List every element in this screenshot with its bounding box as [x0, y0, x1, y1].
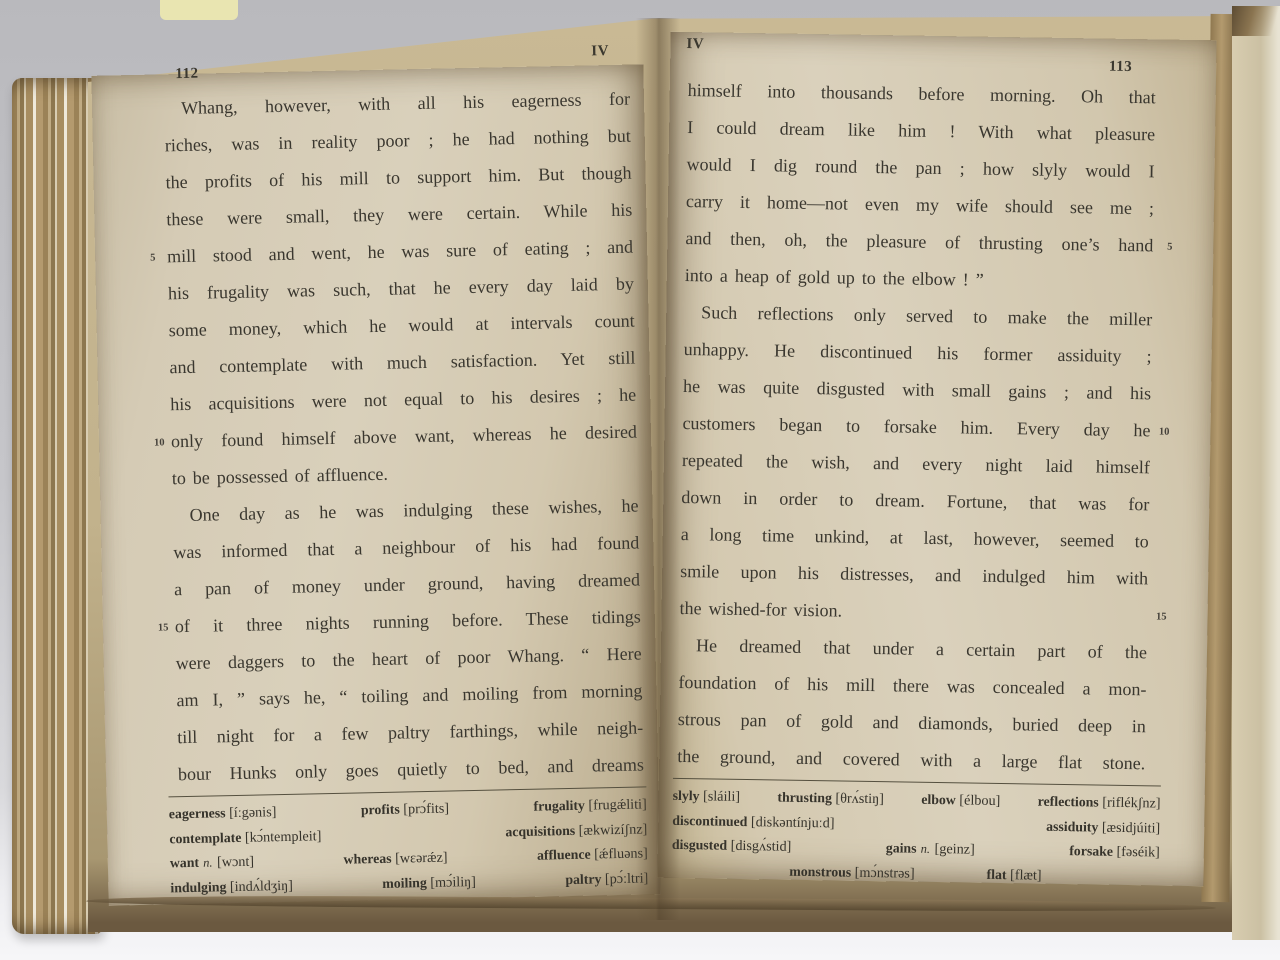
- margin-line-number: 15: [158, 609, 169, 646]
- vocab-phonetic: [sláili]: [699, 788, 740, 805]
- vocab-phonetic: [pɔ́ːltri]: [601, 870, 648, 887]
- vocab-phonetic: [disgʌ́stid]: [727, 838, 791, 855]
- page-number: 112: [175, 66, 199, 83]
- vocab-word: profits: [361, 802, 400, 818]
- vocab-phonetic: [θrʌ́stiŋ]: [832, 790, 884, 807]
- book-cover-right: [1232, 6, 1280, 940]
- vocab-entry: reflections [riflékʃnz]: [1038, 790, 1161, 816]
- vocab-word: assiduity: [1046, 818, 1098, 834]
- vocab-phonetic: [mɔ́nstrəs]: [851, 864, 915, 881]
- vocab-phonetic: [diskəntínjuːd]: [747, 814, 834, 831]
- vocab-word: forsake: [1069, 843, 1113, 859]
- vocab-entry: frugality [frugǽliti]: [533, 792, 647, 819]
- page-113: IV 113 himself into thousands before mor…: [657, 32, 1216, 886]
- vocab-word: reflections: [1038, 794, 1099, 810]
- vocab-word: gains: [886, 840, 917, 855]
- vocab-entry: profits [prɔ́fits]: [361, 797, 450, 823]
- vocab-entry: elbow [élbou]: [921, 788, 1000, 814]
- vocab-word: slyly: [673, 788, 700, 803]
- vocab-phonetic: [geinz]: [931, 841, 975, 858]
- margin-line-number: 10: [1159, 413, 1170, 450]
- vocab-entry: thrusting [θrʌ́stiŋ]: [777, 786, 884, 812]
- margin-line-number: 5: [1167, 229, 1173, 266]
- vocab-entry: contemplate [kɔ́ntempleit]: [169, 824, 321, 852]
- vocab-entry: paltry [pɔ́ːltri]: [565, 866, 648, 892]
- vocab-word: acquisitions: [505, 822, 575, 838]
- vocab-entry: flat [flæt]: [986, 862, 1041, 887]
- vocab-phonetic: [wɛərǽz]: [391, 850, 447, 867]
- vocab-phonetic: [frugǽliti]: [585, 796, 647, 813]
- vocab-pos: n.: [199, 855, 214, 869]
- vocab-phonetic: [íːgənis]: [225, 804, 276, 821]
- vocab-word: thrusting: [777, 790, 832, 806]
- vocab-entry: slyly [sláili]: [672, 784, 740, 810]
- vocab-word: frugality: [533, 798, 585, 814]
- vocab-word: paltry: [565, 871, 601, 887]
- vocab-phonetic: [fəséik]: [1113, 844, 1160, 861]
- vocab-phonetic: [ækwizíʃnz]: [575, 821, 647, 839]
- vocab-phonetic: [indʌ́ldʒiŋ]: [226, 877, 293, 894]
- page-112: 112 IV Whang, however, with all his eage…: [91, 64, 660, 905]
- vocabulary-footnotes: slyly [sláili]thrusting [θrʌ́stiŋ]elbow …: [671, 778, 1161, 890]
- vocab-entry: forsake [fəséik]: [1069, 839, 1160, 865]
- vocab-phonetic: [prɔ́fits]: [400, 801, 450, 818]
- vocab-word: disgusted: [672, 837, 727, 853]
- vocab-word: moiling: [382, 875, 427, 891]
- vocab-entry: eagerness [íːgənis]: [169, 800, 277, 827]
- margin-line-number: 5: [150, 240, 156, 277]
- vocab-entry: acquisitions [ækwizíʃnz]: [505, 817, 647, 844]
- vocabulary-footnotes: eagerness [íːgənis]profits [prɔ́fits]fru…: [168, 786, 648, 900]
- vocab-entry: moiling [mɔ́iliŋ]: [382, 869, 476, 895]
- photo-background: 112 IV Whang, however, with all his eage…: [0, 0, 1280, 960]
- vocab-entry: disgusted [disgʌ́stid]: [672, 833, 792, 859]
- vocab-phonetic: [élbou]: [956, 792, 1001, 809]
- page-text: himself into thousands before morning. O…: [677, 72, 1156, 782]
- page-text: Whang, however, with all his eagerness f…: [164, 81, 645, 794]
- vocab-entry: assiduity [æsidjúiti]: [1046, 814, 1160, 840]
- vocab-entry: want n. [wɔnt]: [170, 850, 255, 876]
- vocab-entry: whereas [wɛərǽz]: [343, 846, 448, 873]
- vocab-entry: discontinued [diskəntínjuːd]: [672, 808, 835, 835]
- vocab-pos: n.: [916, 842, 931, 856]
- vocab-word: indulging: [170, 879, 226, 895]
- vocab-word: flat: [987, 866, 1007, 881]
- margin-line-number: 10: [154, 424, 165, 461]
- background-object: [160, 0, 238, 20]
- vocab-phonetic: [riflékʃnz]: [1099, 795, 1161, 812]
- page-number: 113: [1109, 59, 1132, 76]
- vocab-entry: monstrous [mɔ́nstrəs]: [789, 859, 915, 885]
- vocab-entry: affluence [ǽfluəns]: [537, 841, 648, 868]
- running-head-numeral: IV: [686, 36, 704, 53]
- margin-line-number: 15: [1156, 598, 1167, 635]
- vocab-entry: gains n. [geinz]: [886, 836, 975, 862]
- vocab-phonetic: [kɔ́ntempleit]: [241, 828, 321, 846]
- vocab-word: elbow: [921, 792, 956, 808]
- vocab-phonetic: [ǽfluəns]: [590, 845, 647, 862]
- vocab-word: monstrous: [789, 863, 851, 879]
- vocab-word: eagerness: [169, 805, 226, 821]
- vocab-phonetic: [æsidjúiti]: [1098, 819, 1160, 836]
- vocab-phonetic: [mɔ́iliŋ]: [427, 873, 476, 890]
- vocab-phonetic: [flæt]: [1006, 867, 1041, 884]
- vocab-word: whereas: [343, 851, 391, 867]
- vocab-word: want: [170, 855, 199, 871]
- running-head-numeral: IV: [591, 43, 609, 60]
- vocab-word: contemplate: [169, 829, 241, 846]
- vocab-word: affluence: [537, 847, 591, 863]
- vocab-word: discontinued: [672, 812, 747, 828]
- vocab-phonetic: [wɔnt]: [213, 854, 254, 871]
- text-line: the ground, and covered with a large fla…: [677, 738, 1146, 782]
